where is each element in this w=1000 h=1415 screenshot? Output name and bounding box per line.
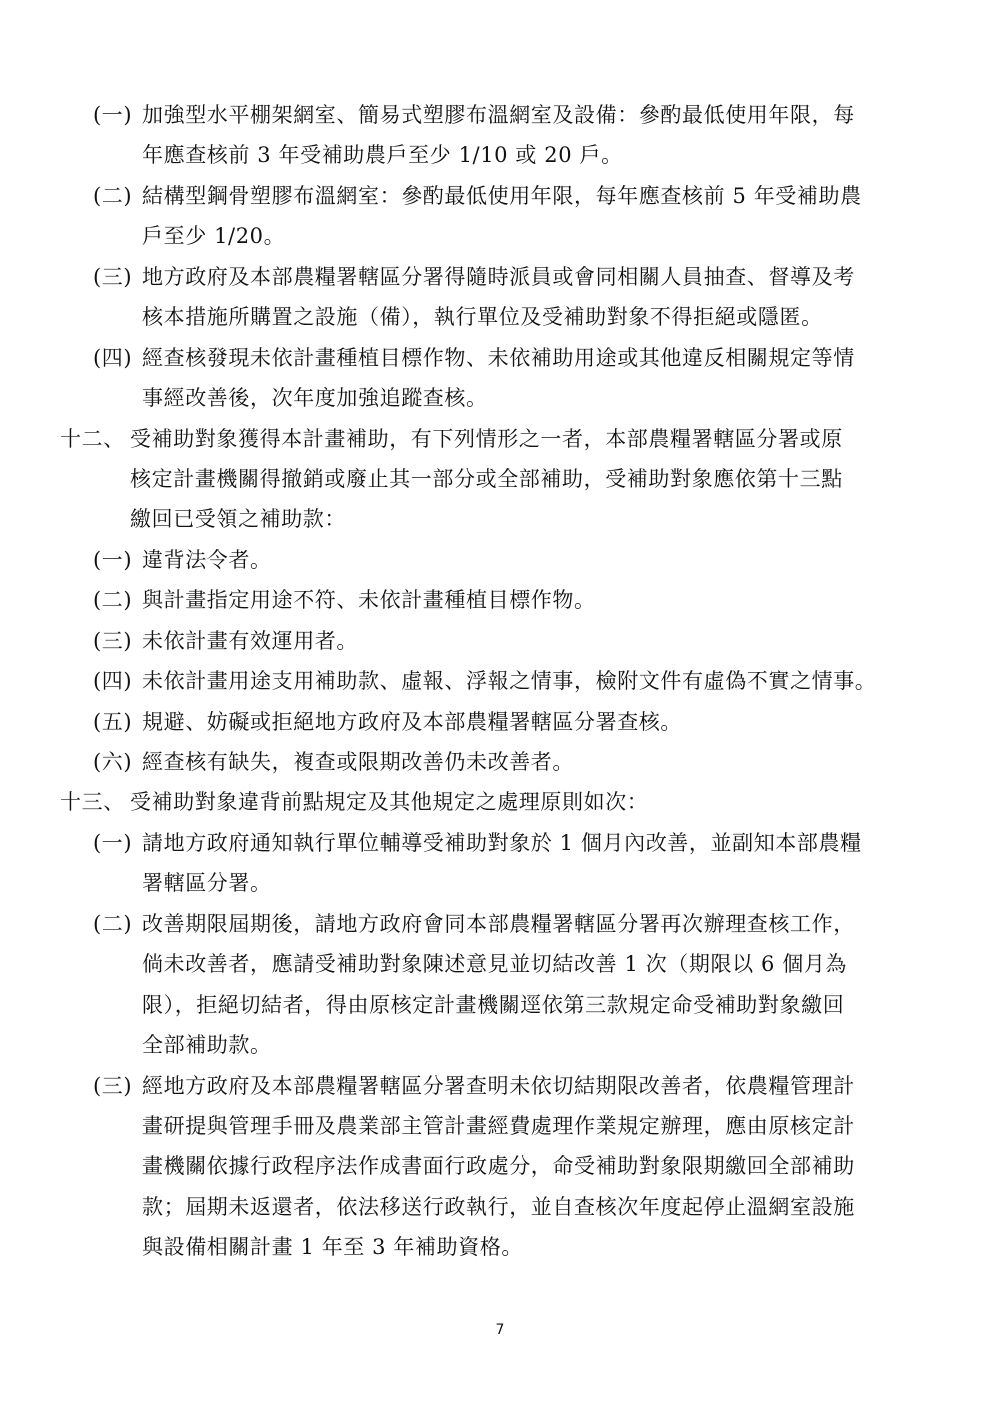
item-marker: (三) [93, 257, 132, 297]
item-marker: (三) [93, 1066, 132, 1106]
clause-13-item-3-line-5: 與設備相關計畫 1 年至 3 年補助資格。 [0, 1227, 1000, 1267]
line-text: 畫機關依據行政程序法作成書面行政處分，命受補助對象限期繳回全部補助 [142, 1146, 855, 1186]
document-body: (一)加強型水平棚架網室、簡易式塑膠布溫網室及設備：參酌最低使用年限，每 年應查… [0, 95, 1000, 1268]
document-page: (一)加強型水平棚架網室、簡易式塑膠布溫網室及設備：參酌最低使用年限，每 年應查… [0, 0, 1000, 1415]
line-text: 與設備相關計畫 1 年至 3 年補助資格。 [142, 1227, 523, 1267]
line-text: 未依計畫有效運用者。 [142, 621, 358, 661]
clause-13-item-1-line-1: (一)請地方政府通知執行單位輔導受補助對象於 1 個月內改善，並副知本部農糧 [0, 823, 1000, 863]
clause-13-item-3-line-3: 畫機關依據行政程序法作成書面行政處分，命受補助對象限期繳回全部補助 [0, 1146, 1000, 1186]
clause-12-item-5: (五)規避、妨礙或拒絕地方政府及本部農糧署轄區分署查核。 [0, 702, 1000, 742]
item-marker: (二) [93, 904, 132, 944]
item-marker: (二) [93, 176, 132, 216]
line-text: 倘未改善者，應請受補助對象陳述意見並切結改善 1 次（期限以 6 個月為 [142, 944, 847, 984]
item-marker: (四) [93, 661, 132, 701]
line-text: 戶至少 1/20。 [142, 216, 285, 256]
line-text: 核定計畫機關得撤銷或廢止其一部分或全部補助，受補助對象應依第十三點 [130, 459, 843, 499]
clause-11-item-3-line-1: (三)地方政府及本部農糧署轄區分署得隨時派員或會同相關人員抽查、督導及考 [0, 257, 1000, 297]
line-text: 事經改善後，次年度加強追蹤查核。 [142, 378, 488, 418]
line-text: 未依計畫用途支用補助款、虛報、浮報之情事，檢附文件有虛偽不實之情事。 [142, 661, 876, 701]
line-text: 改善期限屆期後，請地方政府會同本部農糧署轄區分署再次辦理查核工作， [142, 904, 855, 944]
clause-12-item-6: (六)經查核有缺失，複查或限期改善仍未改善者。 [0, 742, 1000, 782]
clause-12-item-4: (四)未依計畫用途支用補助款、虛報、浮報之情事，檢附文件有虛偽不實之情事。 [0, 661, 1000, 701]
clause-13-item-3-line-2: 畫研提與管理手冊及農業部主管計畫經費處理作業規定辦理，應由原核定計 [0, 1106, 1000, 1146]
clause-marker: 十二、 [60, 419, 125, 459]
item-marker: (三) [93, 621, 132, 661]
clause-13-item-2-line-2: 倘未改善者，應請受補助對象陳述意見並切結改善 1 次（期限以 6 個月為 [0, 944, 1000, 984]
line-text: 加強型水平棚架網室、簡易式塑膠布溫網室及設備：參酌最低使用年限，每 [142, 95, 855, 135]
line-text: 與計畫指定用途不符、未依計畫種植目標作物。 [142, 580, 596, 620]
line-text: 地方政府及本部農糧署轄區分署得隨時派員或會同相關人員抽查、督導及考 [142, 257, 855, 297]
clause-12-item-1: (一)違背法令者。 [0, 540, 1000, 580]
line-text: 署轄區分署。 [142, 863, 272, 903]
item-marker: (五) [93, 702, 132, 742]
line-text: 受補助對象獲得本計畫補助，有下列情形之一者，本部農糧署轄區分署或原 [130, 419, 843, 459]
clause-13-item-3-line-1: (三)經地方政府及本部農糧署轄區分署查明未依切結期限改善者，依農糧管理計 [0, 1066, 1000, 1106]
line-text: 繳回已受領之補助款： [130, 499, 346, 539]
clause-12-heading-line-1: 十二、受補助對象獲得本計畫補助，有下列情形之一者，本部農糧署轄區分署或原 [0, 419, 1000, 459]
line-text: 全部補助款。 [142, 1025, 272, 1065]
clause-13-heading: 十三、受補助對象違背前點規定及其他規定之處理原則如次： [0, 782, 1000, 822]
clause-12-heading-line-2: 核定計畫機關得撤銷或廢止其一部分或全部補助，受補助對象應依第十三點 [0, 459, 1000, 499]
item-marker: (一) [93, 540, 132, 580]
item-marker: (六) [93, 742, 132, 782]
clause-11-item-1-line-2: 年應查核前 3 年受補助農戶至少 1/10 或 20 戶。 [0, 135, 1000, 175]
item-marker: (一) [93, 95, 132, 135]
line-text: 核本措施所購置之設施（備），執行單位及受補助對象不得拒絕或隱匿。 [142, 297, 823, 337]
item-marker: (一) [93, 823, 132, 863]
line-text: 款；屆期未返還者，依法移送行政執行，並自查核次年度起停止溫網室設施 [142, 1187, 855, 1227]
line-text: 請地方政府通知執行單位輔導受補助對象於 1 個月內改善，並副知本部農糧 [142, 823, 862, 863]
clause-12-item-3: (三)未依計畫有效運用者。 [0, 621, 1000, 661]
clause-13-item-3-line-4: 款；屆期未返還者，依法移送行政執行，並自查核次年度起停止溫網室設施 [0, 1187, 1000, 1227]
clause-12-item-2: (二)與計畫指定用途不符、未依計畫種植目標作物。 [0, 580, 1000, 620]
line-text: 限），拒絕切結者，得由原核定計畫機關逕依第三款規定命受補助對象繳回 [142, 985, 844, 1025]
line-text: 結構型鋼骨塑膠布溫網室：參酌最低使用年限，每年應查核前 5 年受補助農 [142, 176, 862, 216]
clause-11-item-3-line-2: 核本措施所購置之設施（備），執行單位及受補助對象不得拒絕或隱匿。 [0, 297, 1000, 337]
line-text: 經查核發現未依計畫種植目標作物、未依補助用途或其他違反相關規定等情 [142, 338, 855, 378]
line-text: 畫研提與管理手冊及農業部主管計畫經費處理作業規定辦理，應由原核定計 [142, 1106, 855, 1146]
clause-13-item-1-line-2: 署轄區分署。 [0, 863, 1000, 903]
clause-11-item-4-line-2: 事經改善後，次年度加強追蹤查核。 [0, 378, 1000, 418]
line-text: 違背法令者。 [142, 540, 272, 580]
line-text: 規避、妨礙或拒絕地方政府及本部農糧署轄區分署查核。 [142, 702, 682, 742]
clause-13-item-2-line-1: (二)改善期限屆期後，請地方政府會同本部農糧署轄區分署再次辦理查核工作， [0, 904, 1000, 944]
line-text: 經地方政府及本部農糧署轄區分署查明未依切結期限改善者，依農糧管理計 [142, 1066, 855, 1106]
line-text: 年應查核前 3 年受補助農戶至少 1/10 或 20 戶。 [142, 135, 623, 175]
line-text: 經查核有缺失，複查或限期改善仍未改善者。 [142, 742, 574, 782]
clause-11-item-4-line-1: (四)經查核發現未依計畫種植目標作物、未依補助用途或其他違反相關規定等情 [0, 338, 1000, 378]
clause-13-item-2-line-4: 全部補助款。 [0, 1025, 1000, 1065]
clause-12-heading-line-3: 繳回已受領之補助款： [0, 499, 1000, 539]
clause-marker: 十三、 [60, 782, 125, 822]
clause-11-item-2-line-2: 戶至少 1/20。 [0, 216, 1000, 256]
item-marker: (四) [93, 338, 132, 378]
item-marker: (二) [93, 580, 132, 620]
clause-11-item-2-line-1: (二)結構型鋼骨塑膠布溫網室：參酌最低使用年限，每年應查核前 5 年受補助農 [0, 176, 1000, 216]
clause-13-item-2-line-3: 限），拒絕切結者，得由原核定計畫機關逕依第三款規定命受補助對象繳回 [0, 985, 1000, 1025]
clause-11-item-1-line-1: (一)加強型水平棚架網室、簡易式塑膠布溫網室及設備：參酌最低使用年限，每 [0, 95, 1000, 135]
page-number: 7 [0, 1322, 1000, 1338]
line-text: 受補助對象違背前點規定及其他規定之處理原則如次： [130, 782, 648, 822]
